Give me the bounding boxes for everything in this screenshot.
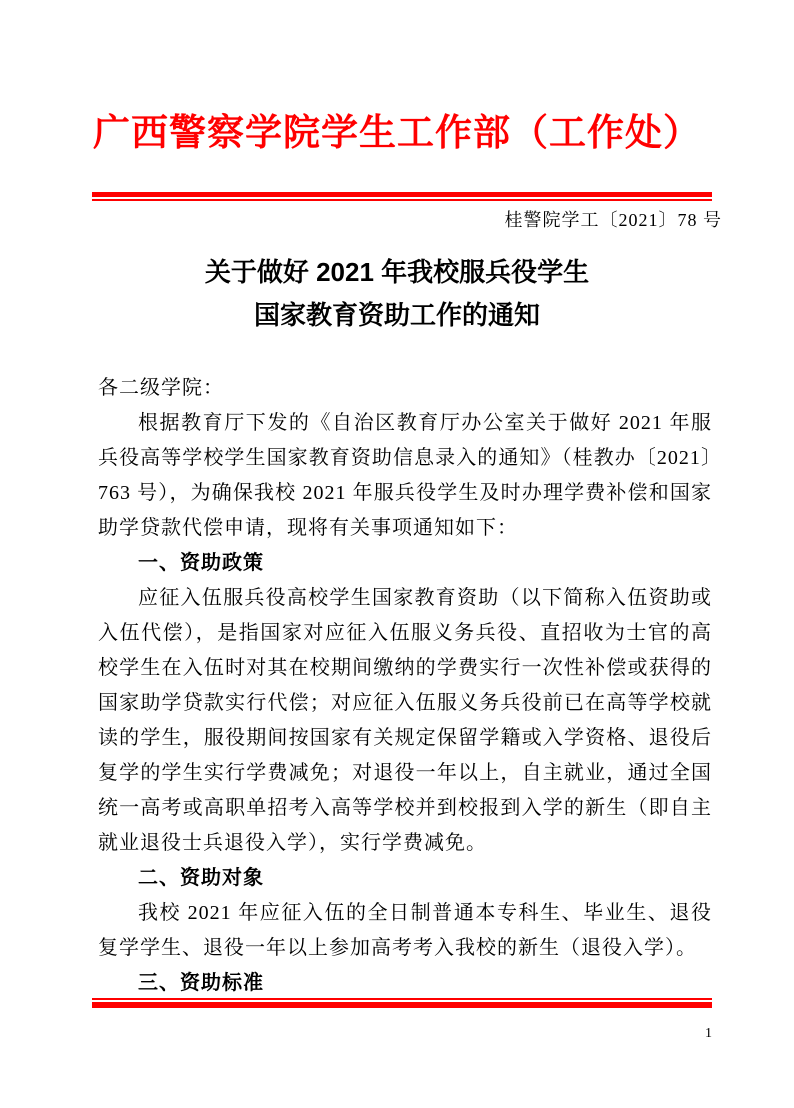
document-page: 广西警察学院学生工作部（工作处） 桂警院学工〔2021〕78 号 关于做好 20…: [0, 0, 794, 1108]
letterhead-org-title: 广西警察学院学生工作部（工作处）: [0, 102, 794, 156]
intro-paragraph: 根据教育厅下发的《自治区教育厅办公室关于做好 2021 年服兵役高等学校学生国家…: [98, 406, 712, 546]
notice-title: 关于做好 2021 年我校服兵役学生 国家教育资助工作的通知: [0, 251, 794, 337]
section-3-heading: 三、资助标准: [98, 966, 712, 1001]
notice-title-line-2: 国家教育资助工作的通知: [0, 294, 794, 337]
footer-rule-thick-line: [92, 1002, 712, 1008]
letterhead-rule: [92, 192, 712, 201]
page-number: 1: [705, 1026, 712, 1042]
letterhead-rule-thin-line: [92, 199, 712, 201]
notice-title-line-1: 关于做好 2021 年我校服兵役学生: [0, 251, 794, 294]
salutation: 各二级学院：: [98, 371, 712, 406]
section-2-heading: 二、资助对象: [98, 861, 712, 896]
document-body: 各二级学院： 根据教育厅下发的《自治区教育厅办公室关于做好 2021 年服兵役高…: [98, 371, 712, 1001]
footer-rule-thin-line: [92, 998, 712, 1000]
document-number: 桂警院学工〔2021〕78 号: [505, 206, 723, 232]
letterhead-rule-thick-line: [92, 192, 712, 197]
section-1-heading: 一、资助政策: [98, 546, 712, 581]
footer-rule: [92, 998, 712, 1008]
section-2-paragraph: 我校 2021 年应征入伍的全日制普通本专科生、毕业生、退役复学学生、退役一年以…: [98, 896, 712, 966]
section-1-paragraph: 应征入伍服兵役高校学生国家教育资助（以下简称入伍资助或入伍代偿），是指国家对应征…: [98, 581, 712, 861]
